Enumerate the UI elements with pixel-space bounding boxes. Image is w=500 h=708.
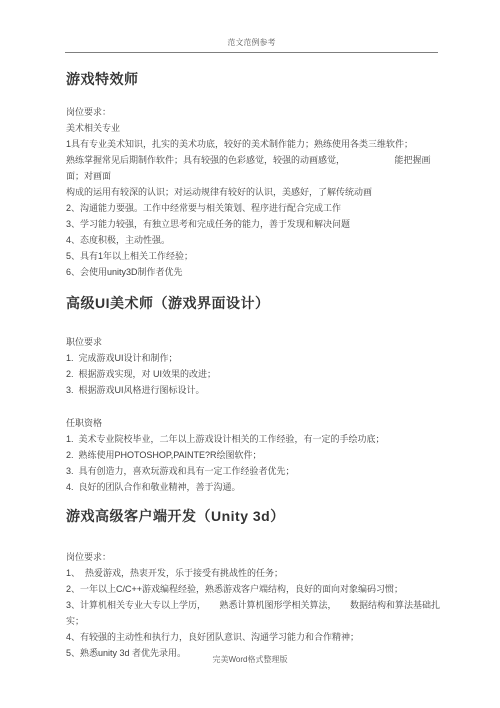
body-line: 1、 热爱游戏，热衷开发，乐于接受有挑战性的任务； <box>66 565 440 581</box>
body-line: 2、一年以上C/C++游戏编程经验，熟悉游戏客户端结构，良好的面向对象编码习惯； <box>66 581 440 597</box>
body-line: 1. 美术专业院校毕业，二年以上游戏设计相关的工作经验，有一定的手绘功底； <box>66 431 440 447</box>
label-job-requirements: 岗位要求： <box>66 549 440 565</box>
body-line: 1. 完成游戏UI设计和制作； <box>66 350 440 366</box>
body-line: 3. 根据游戏UI风格进行图标设计。 <box>66 382 440 398</box>
header-text: 范文范例参考 <box>228 38 276 47</box>
body-line: 2. 熟练使用PHOTOSHOP,PAINTE?R绘图软件； <box>66 447 440 463</box>
body-line: 5、具有1年以上相关工作经验； <box>66 248 440 264</box>
body-line: 4. 良好的团队合作和敬业精神，善于沟通。 <box>66 479 440 495</box>
section-title-game-fx: 游戏特效师 <box>66 70 440 89</box>
document-page: 范文范例参考 游戏特效师 岗位要求： 美术相关专业 1具有专业美术知识，扎实的美… <box>0 0 500 708</box>
section-title-client-dev: 游戏高级客户端开发（Unity 3d） <box>66 507 440 526</box>
body-line: 美术相关专业 <box>66 120 440 136</box>
label-qualifications: 任职资格 <box>66 415 440 431</box>
body-line: 1具有专业美术知识，扎实的美术功底，较好的美术制作能力；熟练使用各类三维软件； <box>66 136 440 152</box>
body-line: 4、态度积极，主动性强。 <box>66 232 440 248</box>
document-body: 游戏特效师 岗位要求： 美术相关专业 1具有专业美术知识，扎实的美术功底，较好的… <box>66 50 440 661</box>
body-line: 3. 具有创造力，喜欢玩游戏和具有一定工作经验者优先； <box>66 463 440 479</box>
body-line: 6、会使用unity3D制作者优先 <box>66 264 440 280</box>
body-line: 熟练掌握常见后期制作软件；具有较强的色彩感觉，较强的动画感觉， 能把握画面；对画… <box>66 152 440 184</box>
section-title-ui-artist: 高级UI美术师（游戏界面设计） <box>66 294 440 313</box>
body-line: 2. 根据游戏实现，对 UI效果的改进； <box>66 366 440 382</box>
body-line: 2、沟通能力要强。工作中经常要与相关策划、程序进行配合完成工作 <box>66 200 440 216</box>
footer-text: 完美Word格式整理版 <box>213 655 288 664</box>
body-line: 3、学习能力较强，有独立思考和完成任务的能力，善于发现和解决问题 <box>66 216 440 232</box>
label-job-requirements: 岗位要求： <box>66 104 440 120</box>
label-position-requirements: 职位要求 <box>66 334 440 350</box>
body-line: 构成的运用有较深的认识；对运动规律有较好的认识，美感好，了解传统动画 <box>66 184 440 200</box>
body-line: 4、有较强的主动性和执行力，良好团队意识、沟通学习能力和合作精神； <box>66 629 440 645</box>
page-footer: 完美Word格式整理版 <box>0 654 500 665</box>
body-line: 3、计算机相关专业大专以上学历， 熟悉计算机图形学相关算法， 数据结构和算法基础… <box>66 597 440 629</box>
